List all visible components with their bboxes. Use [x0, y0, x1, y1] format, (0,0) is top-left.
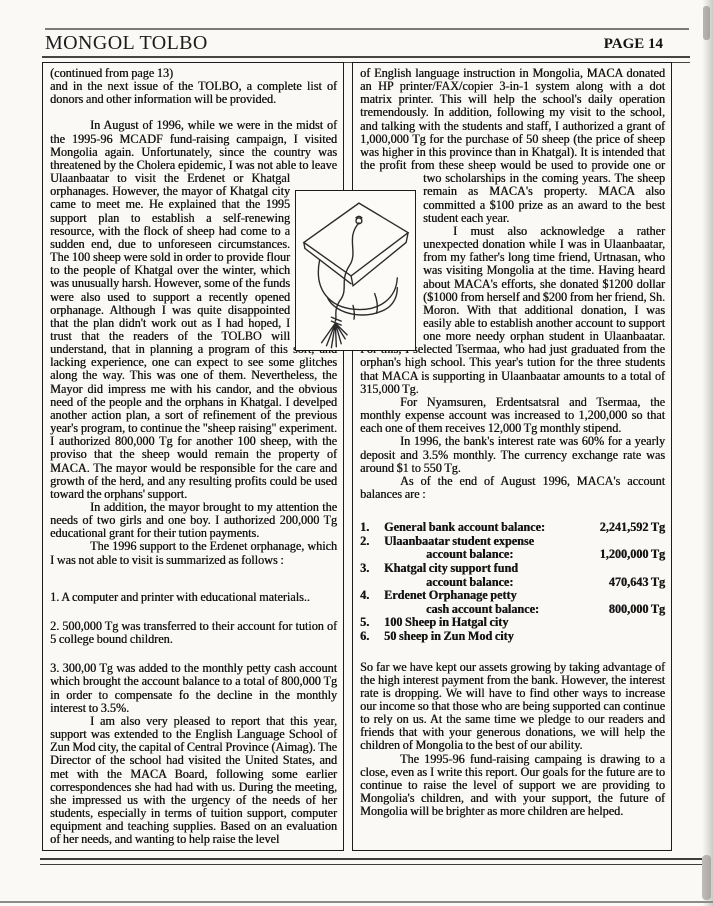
balance-sublabel: account balance: [426, 576, 609, 590]
paragraph: So far we have kept our assets growing b… [360, 661, 665, 753]
balance-row: 4. Erdenet Orphanage petty [360, 589, 665, 603]
bottom-rule [40, 858, 702, 865]
spacer [50, 604, 337, 620]
balance-label: 100 Sheep in Hatgal city [384, 616, 665, 630]
balance-label: Ulaanbaatar student expense [384, 535, 665, 549]
paragraph: For Nyamsuren, Erdentsatsral and Tsermaa… [360, 396, 665, 435]
balance-label: Erdenet Orphanage petty [384, 589, 665, 603]
balance-sublabel: account balance: [426, 548, 600, 562]
scan-smudge [702, 855, 711, 900]
graduation-cap-figure [295, 190, 416, 351]
paragraph: In August of 1996, while we were in the … [50, 119, 337, 501]
balance-subrow: account balance: 1,200,000 Tg [360, 548, 665, 562]
paragraph: and in the next issue of the TOLBO, a co… [50, 80, 337, 106]
right-column: of English language instruction in Mongo… [352, 62, 672, 851]
paragraph: In addition, the mayor brought to my att… [50, 501, 337, 540]
paragraph: In 1996, the bank's interest rate was 60… [360, 435, 665, 474]
paragraph: The 1996 support to the Erdenet orphanag… [50, 540, 337, 566]
balance-row: 2. Ulaanbaatar student expense [360, 535, 665, 549]
spacer [50, 646, 337, 662]
balance-sublabel: cash account balance: [426, 603, 609, 617]
balance-number: 6. [360, 630, 384, 644]
top-rule [45, 28, 689, 30]
newsletter-page: MONGOL TOLBO PAGE 14 (continued from pag… [0, 0, 713, 906]
balance-value: 1,200,000 Tg [600, 548, 665, 562]
balance-subrow: cash account balance: 800,000 Tg [360, 603, 665, 617]
list-item: 3. 300,00 Tg was added to the monthly pe… [50, 662, 337, 715]
balance-number: 1. [360, 521, 384, 535]
paragraph-text: of English language instruction in Mongo… [360, 66, 665, 185]
balance-number: 4. [360, 589, 384, 603]
balance-row: 6. 50 sheep in Zun Mod city [360, 630, 665, 644]
scan-right-edge [699, 0, 713, 906]
page-number: PAGE 14 [597, 36, 663, 53]
list-item: 1. A computer and printer with education… [50, 591, 337, 604]
balance-value: 2,241,592 Tg [600, 521, 665, 535]
balance-row: 1. General bank account balance: 2,241,5… [360, 521, 665, 535]
scan-bottom-edge [0, 901, 713, 903]
balance-row: 3. Khatgal city support fund [360, 562, 665, 576]
spacer [360, 644, 665, 661]
balance-label: 50 sheep in Zun Mod city [384, 630, 665, 644]
graduation-cap-icon [296, 191, 415, 350]
balance-value: 800,000 Tg [609, 603, 665, 617]
balance-row: 5. 100 Sheep in Hatgal city [360, 616, 665, 630]
balance-value: 470,643 Tg [609, 576, 665, 590]
spacer [50, 567, 337, 591]
balance-subrow: account balance: 470,643 Tg [360, 576, 665, 590]
scan-smudge [703, 6, 710, 40]
balance-number: 5. [360, 616, 384, 630]
paragraph: As of the end of August 1996, MACA's acc… [360, 475, 665, 501]
balance-label: General bank account balance: [384, 521, 600, 535]
paragraph: The 1995-96 fund-raising campaing is dra… [360, 753, 665, 819]
balance-label: Khatgal city support fund [384, 562, 665, 576]
spacer [360, 501, 665, 521]
newsletter-title: MONGOL TOLBO [45, 32, 208, 55]
balance-number: 3. [360, 562, 384, 576]
paragraph: I am also very pleased to report that th… [50, 715, 337, 847]
list-item: 2. 500,000 Tg was transferred to their a… [50, 620, 337, 646]
balance-number: 2. [360, 535, 384, 549]
left-column: (continued from page 13) and in the next… [42, 62, 344, 851]
